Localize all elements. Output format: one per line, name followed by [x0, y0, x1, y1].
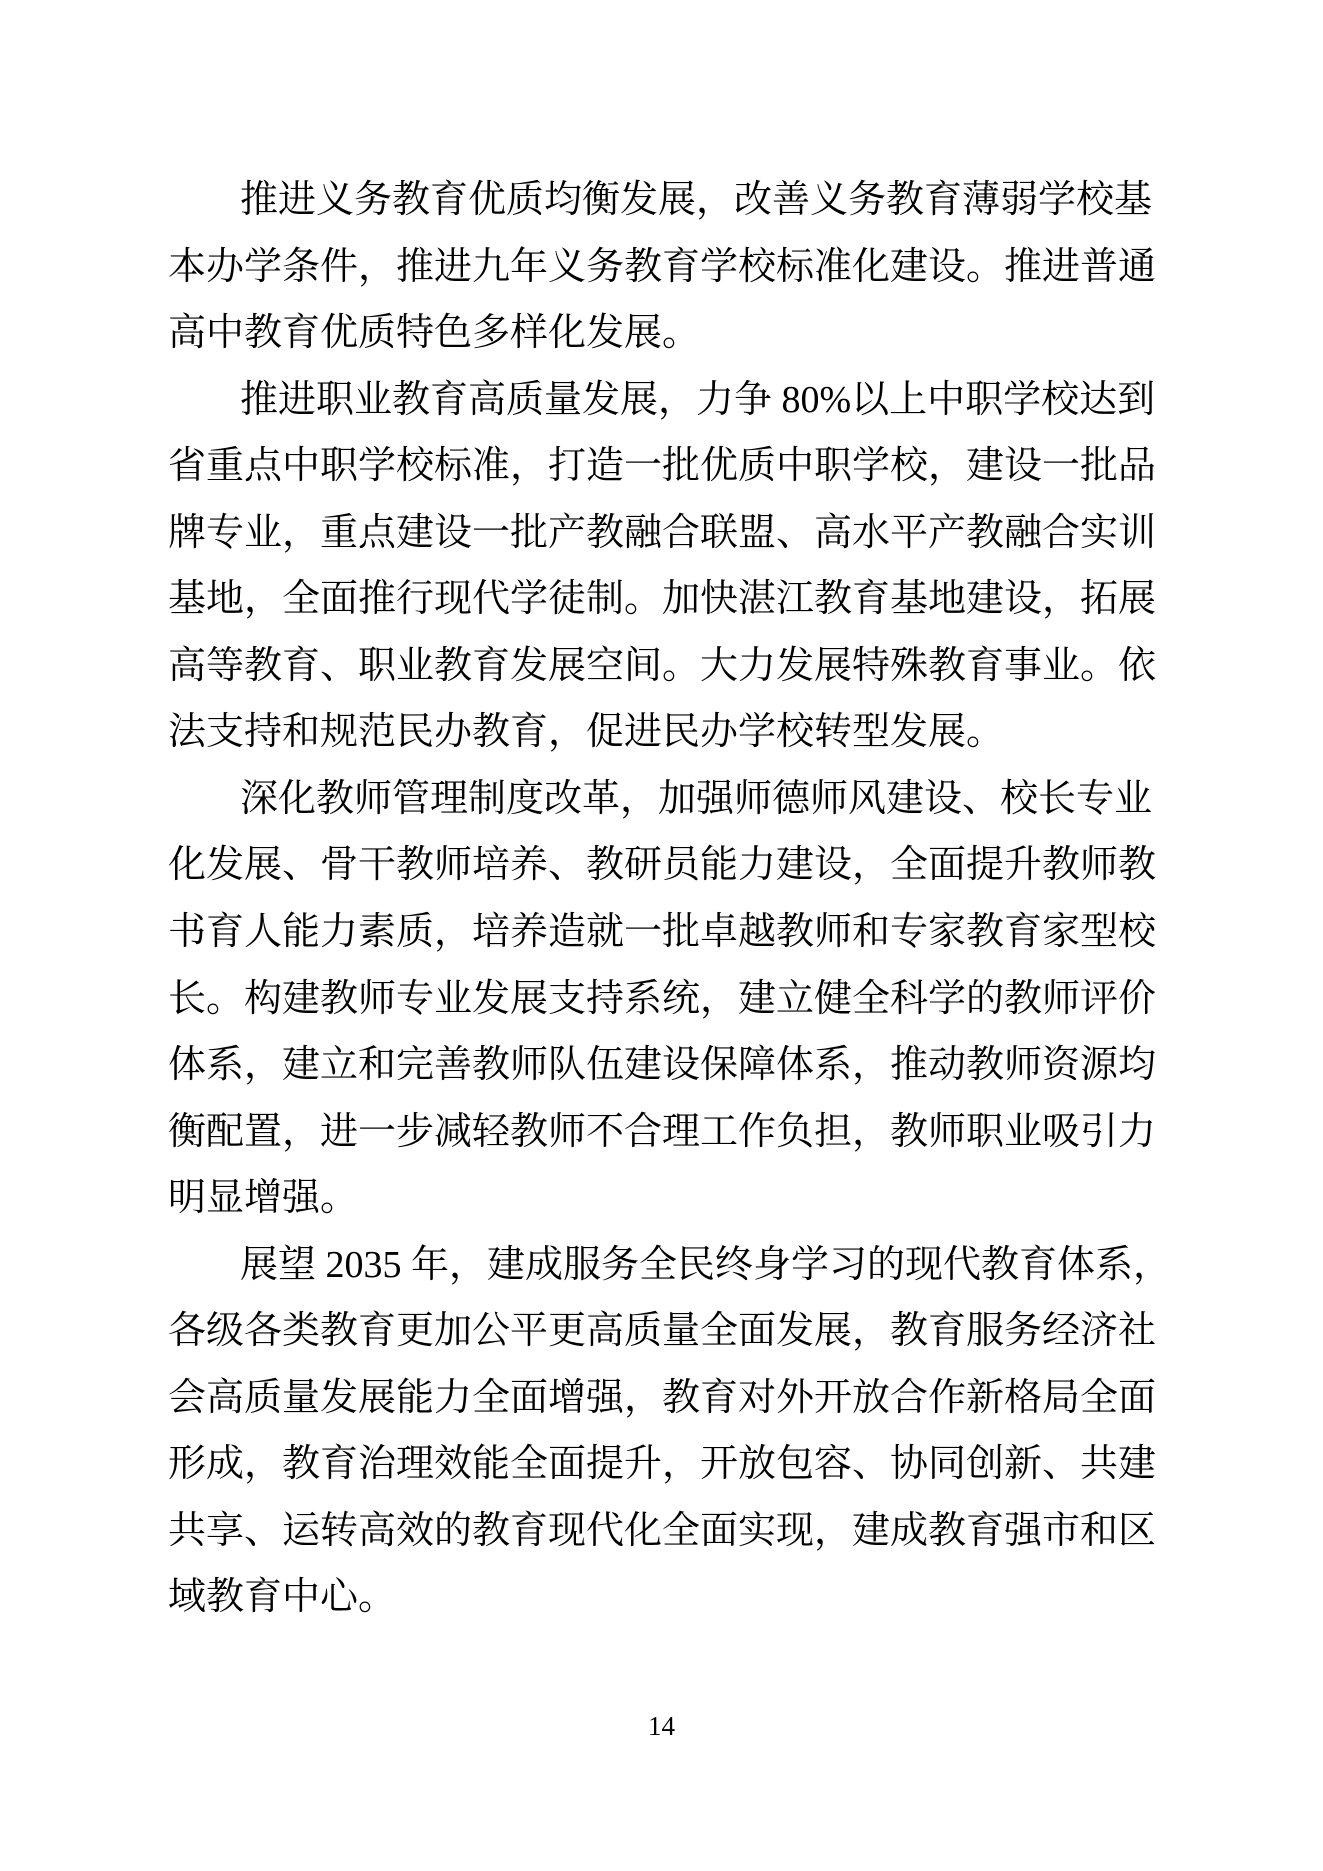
text-line: 深化教师管理制度改革，加强师德师风建设、校长专业	[168, 766, 1122, 833]
text-line: 高中教育优质特色多样化发展。	[168, 300, 1122, 367]
text-line: 体系，建立和完善教师队伍建设保障体系，推动教师资源均	[168, 1032, 1122, 1099]
text-line: 法支持和规范民办教育，促进民办学校转型发展。	[168, 699, 1122, 766]
text-line: 高等教育、职业教育发展空间。大力发展特殊教育事业。依	[168, 633, 1122, 700]
text-line: 明显增强。	[168, 1165, 1122, 1232]
text-line: 书育人能力素质，培养造就一批卓越教师和专家教育家型校	[168, 899, 1122, 966]
page-number: 14	[0, 1706, 1323, 1746]
text-line: 本办学条件，推进九年义务教育学校标准化建设。推进普通	[168, 234, 1122, 301]
text-line: 牌专业，重点建设一批产教融合联盟、高水平产教融合实训	[168, 500, 1122, 567]
text-line: 推进职业教育高质量发展，力争 80%以上中职学校达到	[168, 367, 1122, 434]
text-line: 形成，教育治理效能全面提升，开放包容、协同创新、共建	[168, 1431, 1122, 1498]
paragraph-4: 展望 2035 年，建成服务全民终身学习的现代教育体系， 各级各类教育更加公平更…	[168, 1232, 1122, 1631]
text-line: 推进义务教育优质均衡发展，改善义务教育薄弱学校基	[168, 167, 1122, 234]
text-line: 省重点中职学校标准，打造一批优质中职学校，建设一批品	[168, 433, 1122, 500]
document-body: 推进义务教育优质均衡发展，改善义务教育薄弱学校基 本办学条件，推进九年义务教育学…	[168, 167, 1122, 1631]
paragraph-3: 深化教师管理制度改革，加强师德师风建设、校长专业 化发展、骨干教师培养、教研员能…	[168, 766, 1122, 1232]
text-line: 共享、运转高效的教育现代化全面实现，建成教育强市和区	[168, 1498, 1122, 1565]
text-line: 各级各类教育更加公平更高质量全面发展，教育服务经济社	[168, 1298, 1122, 1365]
text-line: 化发展、骨干教师培养、教研员能力建设，全面提升教师教	[168, 832, 1122, 899]
text-line: 展望 2035 年，建成服务全民终身学习的现代教育体系，	[168, 1232, 1122, 1299]
text-line: 衡配置，进一步减轻教师不合理工作负担，教师职业吸引力	[168, 1099, 1122, 1166]
paragraph-2: 推进职业教育高质量发展，力争 80%以上中职学校达到 省重点中职学校标准，打造一…	[168, 367, 1122, 766]
document-page: 推进义务教育优质均衡发展，改善义务教育薄弱学校基 本办学条件，推进九年义务教育学…	[0, 0, 1323, 1871]
text-line: 域教育中心。	[168, 1564, 1122, 1631]
text-line: 长。构建教师专业发展支持系统，建立健全科学的教师评价	[168, 966, 1122, 1033]
text-line: 基地，全面推行现代学徒制。加快湛江教育基地建设，拓展	[168, 566, 1122, 633]
text-line: 会高质量发展能力全面增强，教育对外开放合作新格局全面	[168, 1365, 1122, 1432]
paragraph-1: 推进义务教育优质均衡发展，改善义务教育薄弱学校基 本办学条件，推进九年义务教育学…	[168, 167, 1122, 367]
